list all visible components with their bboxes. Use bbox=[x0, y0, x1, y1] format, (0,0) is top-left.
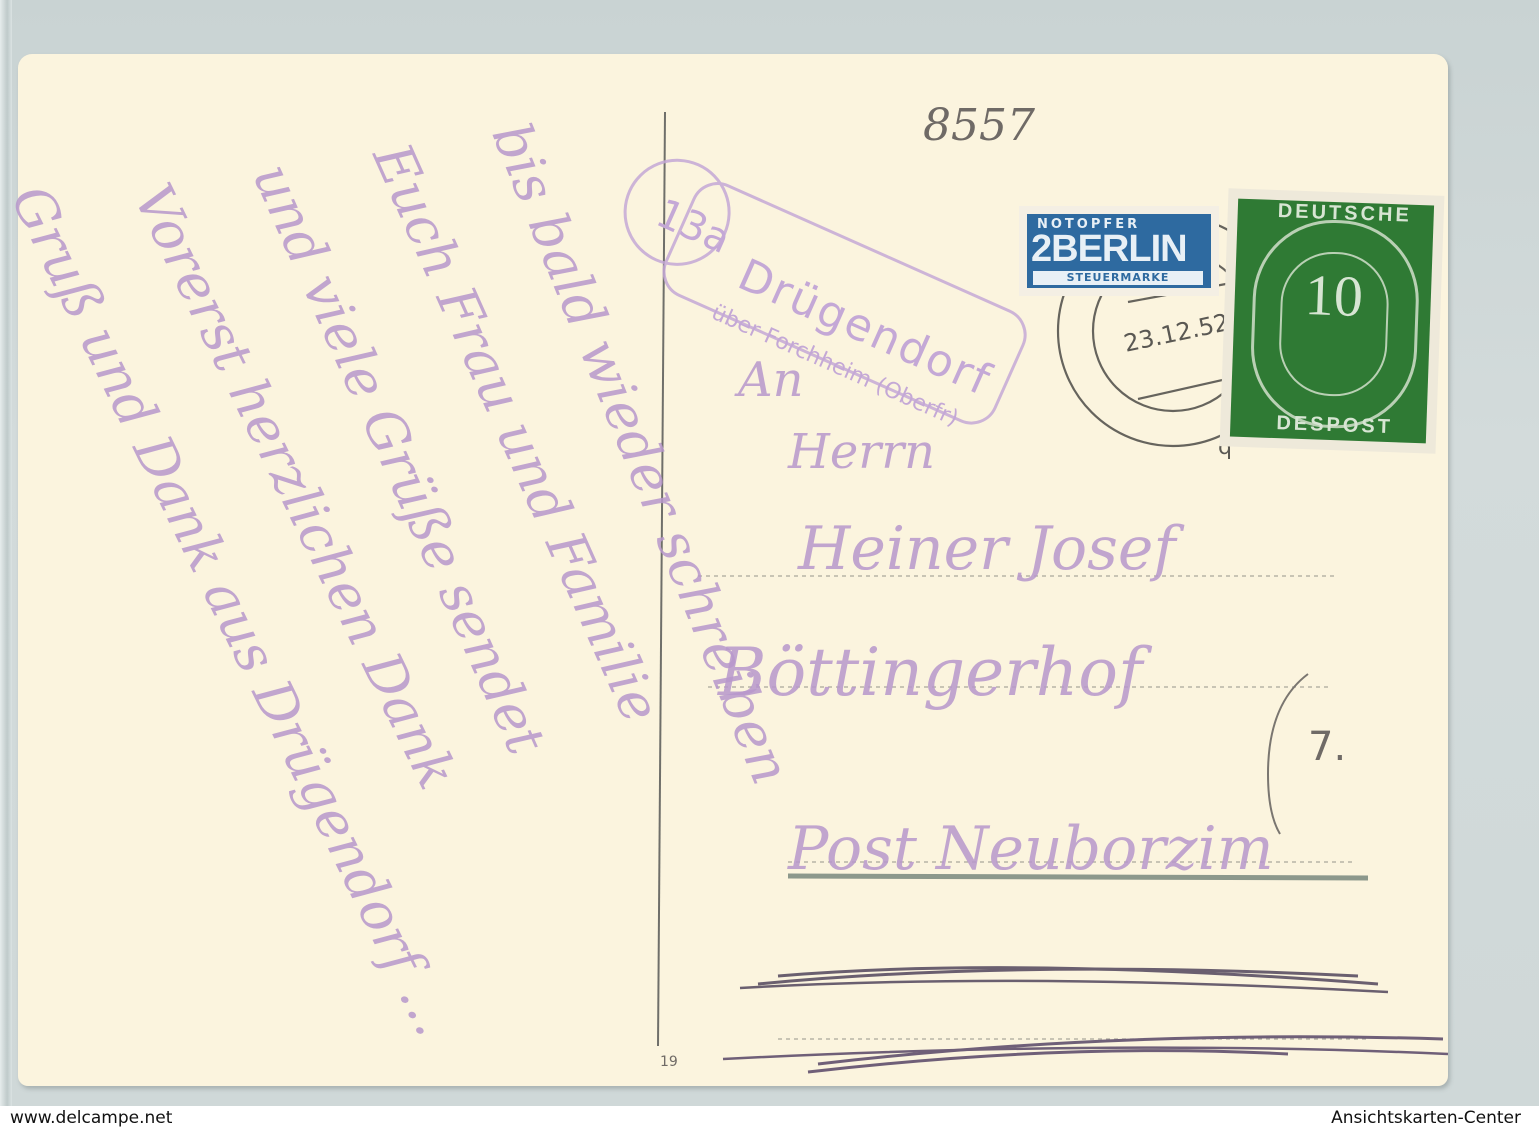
stamp-bottom-text: STEUERMARKE bbox=[1033, 271, 1203, 285]
watermark-footer: www.delcampe.net Ansichtskarten-Center bbox=[0, 1106, 1539, 1131]
corner-number: 19 bbox=[660, 1054, 678, 1070]
stamp-ring-text-top: DEUTSCHE bbox=[1277, 200, 1412, 228]
pencil-number: 8557 bbox=[923, 100, 1035, 151]
stamp-berlin: BERLIN bbox=[1051, 228, 1186, 270]
stamp-posthorn: 10 DEUTSCHE DESPOST bbox=[1220, 188, 1445, 453]
watermark-left: www.delcampe.net bbox=[10, 1108, 172, 1128]
stamp-main-text: 2BERLIN bbox=[1031, 228, 1187, 271]
stamp-notopfer-berlin: NOTOPFER 2BERLIN STEUERMARKE bbox=[1019, 206, 1219, 296]
scanner-edge bbox=[0, 0, 12, 1106]
address-line: An bbox=[738, 352, 804, 408]
address-line: Heiner Josef bbox=[798, 514, 1176, 584]
stamp-value: 2 bbox=[1031, 228, 1051, 270]
watermark-right: Ansichtskarten-Center bbox=[1331, 1108, 1521, 1128]
address-line: Böttingerhof bbox=[718, 634, 1142, 711]
address-line: Post Neuborzim bbox=[788, 814, 1274, 884]
encircled-number: 7. bbox=[1308, 724, 1346, 770]
stamp-ring-text-bottom: DESPOST bbox=[1276, 412, 1393, 439]
stamp-value: 10 bbox=[1288, 261, 1380, 331]
address-line: Herrn bbox=[788, 424, 935, 480]
